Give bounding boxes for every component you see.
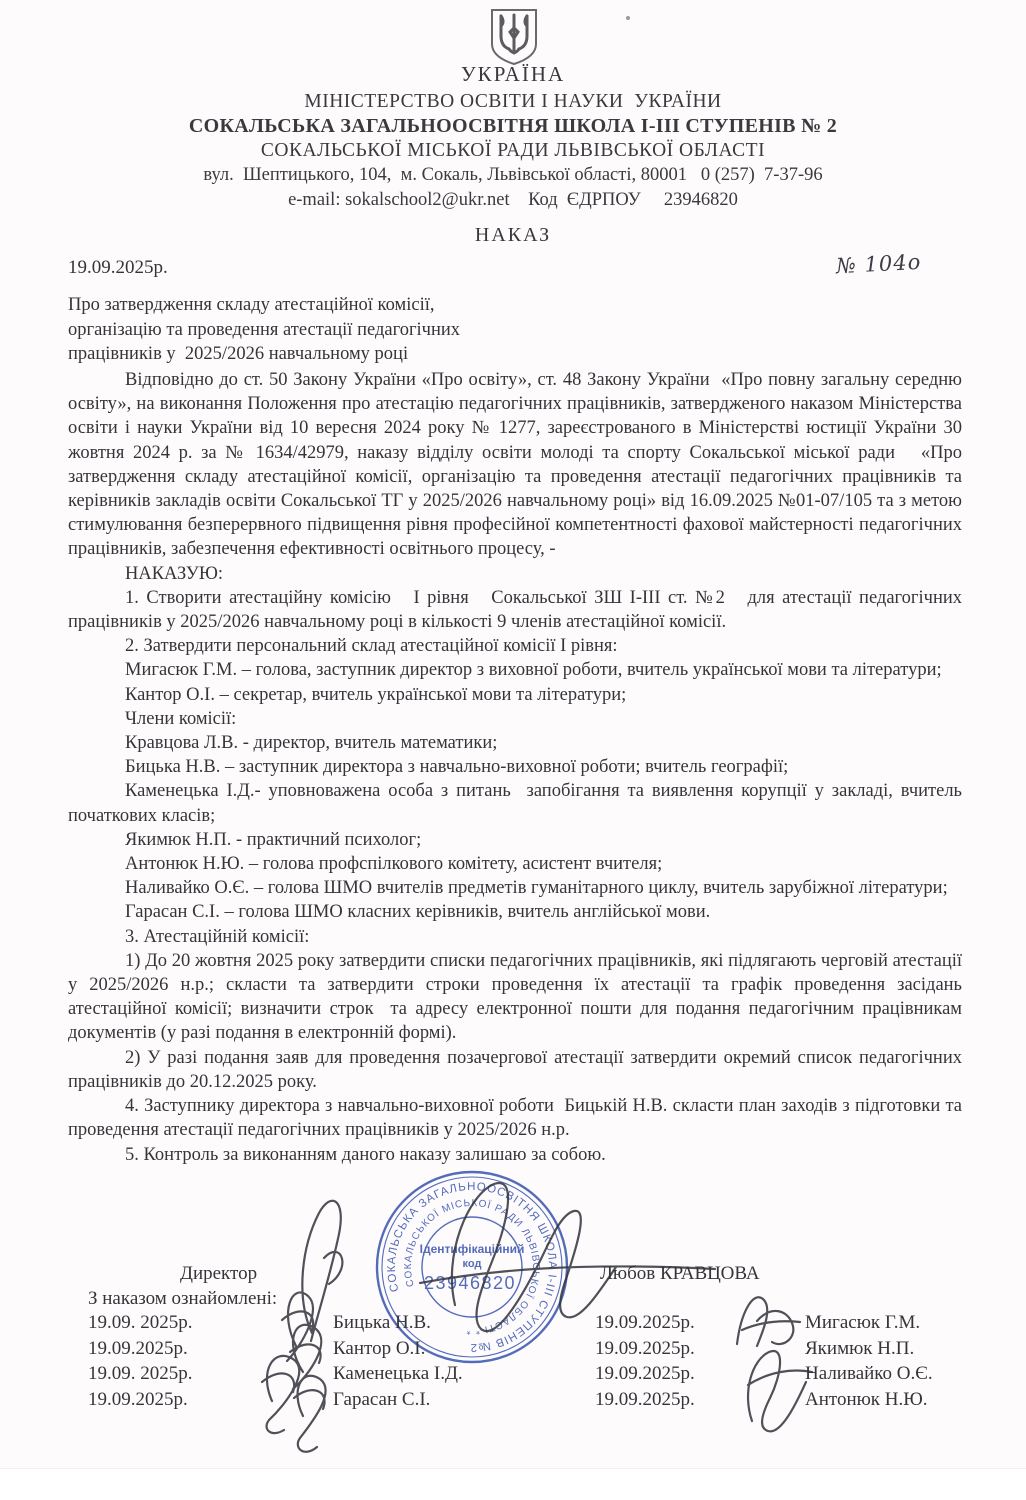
ack-signature-stroke <box>748 1351 812 1431</box>
stamp-center-line1: Ідентифікаційний <box>420 1242 525 1256</box>
letterhead-school-name: СОКАЛЬСЬКА ЗАГАЛЬНООСВІТНЯ ШКОЛА І-ІІІ С… <box>0 115 1026 138</box>
body-paragraph-preamble: Відповідно до ст. 50 Закону України «Про… <box>68 368 962 562</box>
ukraine-trident-emblem-icon <box>487 8 541 66</box>
letterhead-ministry: МІНІСТЕРСТВО ОСВІТИ І НАУКИ УКРАЇНИ <box>0 91 1026 113</box>
ack-date: 19.09. 2025р. <box>88 1312 193 1334</box>
ack-signature-stroke <box>262 1356 299 1433</box>
ack-date: 19.09. 2025р. <box>88 1363 193 1385</box>
stamp-center-code: 23946820 <box>424 1273 516 1293</box>
commission-members-label: Члени комісії: <box>68 707 962 731</box>
ack-signature-stroke <box>294 1376 326 1452</box>
subject-line: працівників у 2025/2026 навчальному році <box>68 342 768 367</box>
commission-member: Гарасан С.І. – голова ШМО класних керівн… <box>68 900 962 924</box>
doc-type-title: НАКАЗ <box>0 224 1026 247</box>
subject-line: Про затвердження складу атестаційної ком… <box>68 293 768 318</box>
body-paragraph-decree: НАКАЗУЮ: <box>68 562 962 586</box>
order-subject: Про затвердження складу атестаційної ком… <box>68 293 768 367</box>
ack-signature-stroke <box>737 1297 800 1346</box>
director-name: Любов КРАВЦОВА <box>600 1263 760 1285</box>
letterhead-authority: СОКАЛЬСЬКОЇ МІСЬКОЇ РАДИ ЛЬВІВСЬКОЇ ОБЛА… <box>0 140 1026 162</box>
ack-signature-stroke <box>290 1325 321 1389</box>
body-subitem-2: 2) У разі подання заяв для проведення по… <box>68 1046 962 1094</box>
document-page: УКРАЇНА МІНІСТЕРСТВО ОСВІТИ І НАУКИ УКРА… <box>0 0 1026 1468</box>
ack-date: 19.09.2025р. <box>595 1363 695 1385</box>
subject-line: організацію та проведення атестації педа… <box>68 318 768 343</box>
ack-name: Каменецька І.Д. <box>333 1363 463 1385</box>
ack-name: Гарасан С.І. <box>333 1389 430 1411</box>
commission-member: Каменецька І.Д.- уповноважена особа з пи… <box>68 779 962 827</box>
commission-member: Наливайко О.Є. – голова ШМО вчителів пре… <box>68 876 962 900</box>
ack-name: Якимюк Н.П. <box>805 1338 914 1360</box>
commission-member: Кравцова Л.В. - директор, вчитель матема… <box>68 731 962 755</box>
ack-date: 19.09.2025р. <box>595 1338 695 1360</box>
page-bottom-margin <box>0 1468 1026 1500</box>
ack-signature-stroke <box>282 1292 313 1361</box>
body-paragraph-item1: 1. Створити атестаційну комісію І рівня … <box>68 586 962 634</box>
ack-name: Бицька Н.В. <box>333 1312 431 1334</box>
ack-date: 19.09.2025р. <box>595 1389 695 1411</box>
ack-name: Кантор О.І. <box>333 1338 425 1360</box>
scan-artifact-dot <box>626 16 630 20</box>
commission-member: Кантор О.І. – секретар, вчитель українсь… <box>68 683 962 707</box>
ack-date: 19.09.2025р. <box>88 1338 188 1360</box>
director-label: Директор <box>180 1263 257 1285</box>
order-number-handwritten: № 104о <box>835 250 921 278</box>
body-subitem-1: 1) До 20 жовтня 2025 року затвердити спи… <box>68 949 962 1046</box>
commission-member: Якимюк Н.П. - практичний психолог; <box>68 828 962 852</box>
letterhead-contact: e-mail: sokalschool2@ukr.net Код ЄДРПОУ … <box>0 190 1026 211</box>
commission-member: Антонюк Н.Ю. – голова профспілкового ком… <box>68 852 962 876</box>
ack-heading: З наказом ознайомлені: <box>88 1288 277 1310</box>
body-paragraph-item2: 2. Затвердити персональний склад атестац… <box>68 634 962 658</box>
ack-date: 19.09.2025р. <box>595 1312 695 1334</box>
commission-member: Бицька Н.В. – заступник директора з навч… <box>68 755 962 779</box>
order-body: Відповідно до ст. 50 Закону України «Про… <box>68 368 962 1167</box>
letterhead-address: вул. Шептицького, 104, м. Сокаль, Львівс… <box>0 165 1026 186</box>
order-date: 19.09.2025р. <box>68 257 168 279</box>
letterhead-country: УКРАЇНА <box>0 62 1026 87</box>
ack-name: Мигасюк Г.М. <box>805 1312 920 1334</box>
stamp-center-line2: код <box>463 1258 482 1270</box>
ack-date: 19.09.2025р. <box>88 1389 188 1411</box>
ack-name: Антонюк Н.Ю. <box>805 1389 928 1411</box>
body-paragraph-item4: 4. Заступнику директора з навчально-вихо… <box>68 1094 962 1142</box>
commission-member: Мигасюк Г.М. – голова, заступник директо… <box>68 658 962 682</box>
ack-name: Наливайко О.Є. <box>805 1363 933 1385</box>
body-paragraph-item3: 3. Атестаційній комісії: <box>68 925 962 949</box>
